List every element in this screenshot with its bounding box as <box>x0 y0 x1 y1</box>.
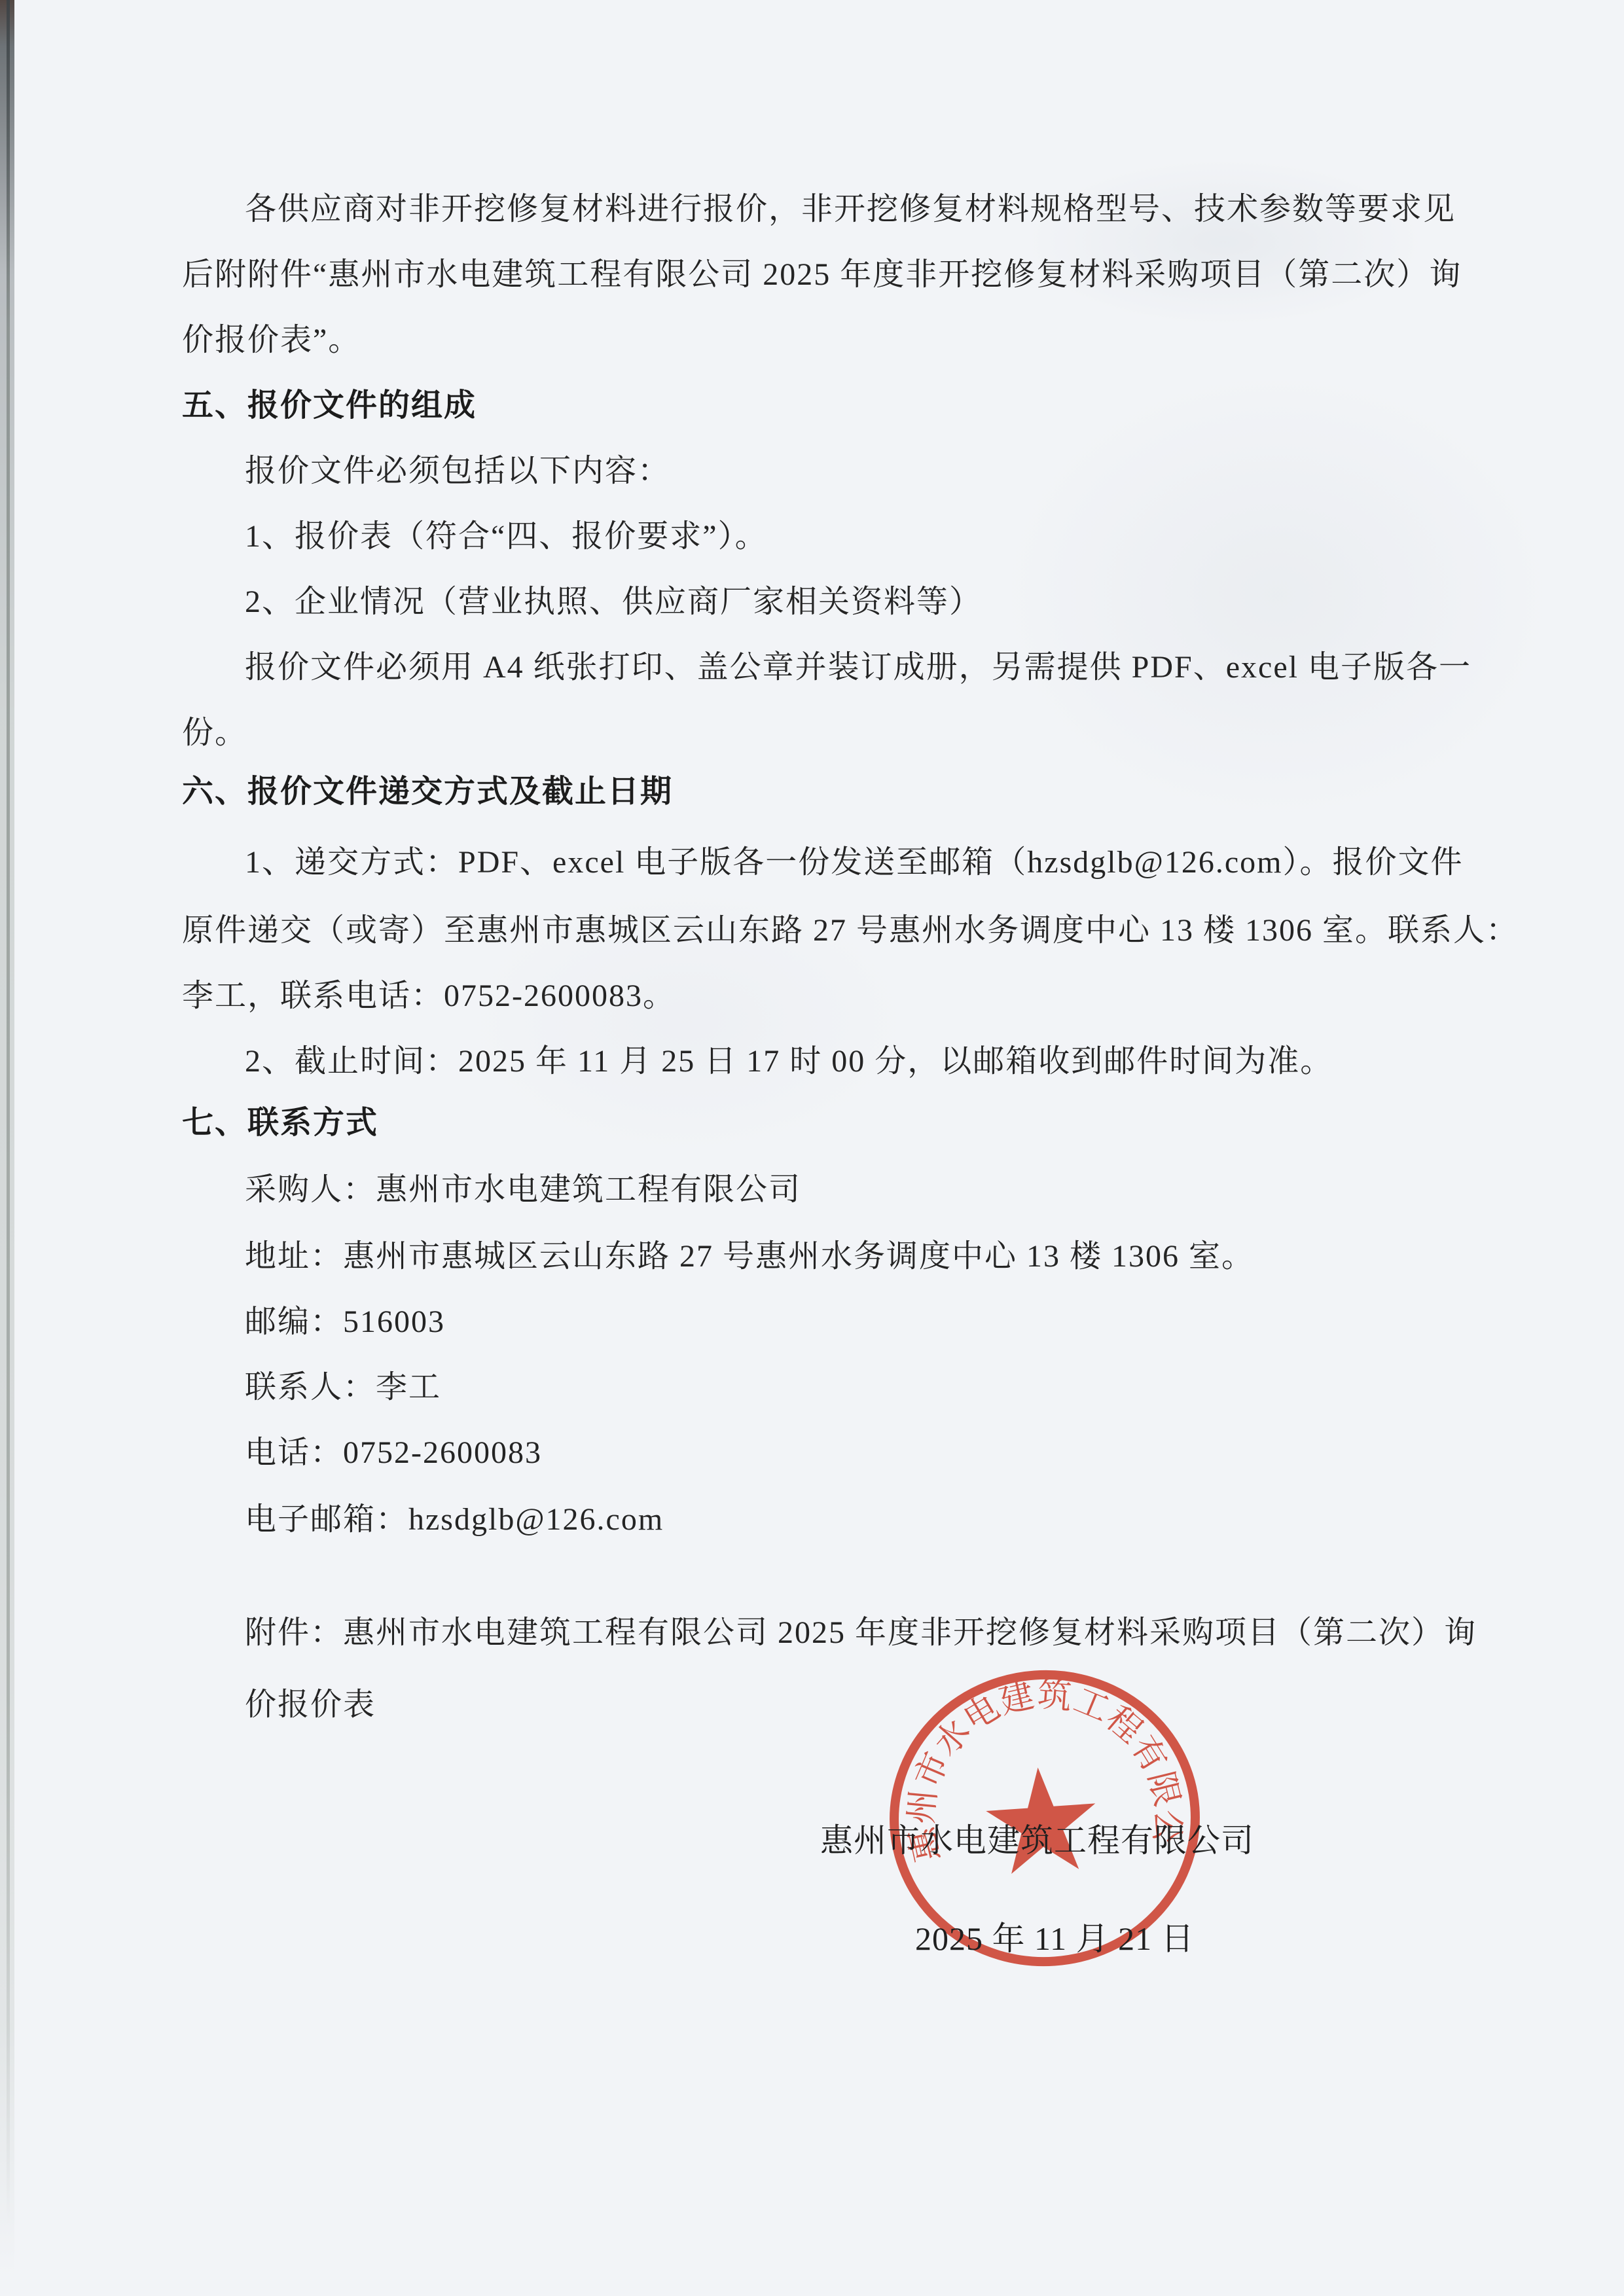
section-six-item-1-line-2: 原件递交（或寄）至惠州市惠城区云山东路 27 号惠州水务调度中心 13 楼 13… <box>182 898 1519 963</box>
address-line: 地址：惠州市惠城区云山东路 27 号惠州水务调度中心 13 楼 1306 室。 <box>245 1224 1254 1289</box>
attachment-line-1: 附件：惠州市水电建筑工程有限公司 2025 年度非开挖修复材料采购项目（第二次）… <box>245 1600 1477 1666</box>
section-five-intro: 报价文件必须包括以下内容： <box>245 439 670 504</box>
intro-line-3: 价报价表”。 <box>182 308 361 373</box>
scan-edge-line <box>7 0 10 2245</box>
signature-company: 惠州市水电建筑工程有限公司 <box>820 1808 1254 1873</box>
email-line: 电子邮箱：hzsdglb@126.com <box>245 1487 664 1552</box>
intro-line-1: 各供应商对非开挖修复材料进行报价，非开挖修复材料规格型号、技术参数等要求见 <box>245 177 1456 242</box>
scan-artifact <box>995 367 1558 825</box>
intro-line-2: 后附附件“惠州市水电建筑工程有限公司 2025 年度非开挖修复材料采购项目（第二… <box>182 242 1462 308</box>
attachment-line-2: 价报价表 <box>245 1672 376 1738</box>
postcode-line: 邮编：516003 <box>245 1289 445 1355</box>
section-five-note-line-1: 报价文件必须用 A4 纸张打印、盖公章并装订成册，另需提供 PDF、excel … <box>245 635 1471 700</box>
section-five-heading: 五、报价文件的组成 <box>182 373 477 439</box>
contact-line: 联系人：李工 <box>245 1355 441 1420</box>
section-six-heading: 六、报价文件递交方式及截止日期 <box>182 759 673 825</box>
section-six-item-2: 2、截止时间：2025 年 11 月 25 日 17 时 00 分，以邮箱收到邮… <box>245 1029 1333 1094</box>
section-five-item-2: 2、企业情况（营业执照、供应商厂家相关资料等） <box>245 569 982 635</box>
scanned-document-page: 各供应商对非开挖修复材料进行报价，非开挖修复材料规格型号、技术参数等要求见 后附… <box>0 0 1624 2296</box>
phone-line: 电话：0752-2600083 <box>245 1420 542 1486</box>
section-seven-heading: 七、联系方式 <box>182 1090 378 1156</box>
section-six-item-1-line-1: 1、递交方式：PDF、excel 电子版各一份发送至邮箱（hzsdglb@126… <box>245 830 1463 895</box>
section-five-item-1: 1、报价表（符合“四、报价要求”）。 <box>245 504 768 569</box>
section-five-note-line-2: 份。 <box>182 700 247 766</box>
section-six-item-1-line-3: 李工，联系电话：0752-2600083。 <box>182 963 676 1029</box>
buyer-line: 采购人：惠州市水电建筑工程有限公司 <box>245 1157 801 1223</box>
signature-date: 2025 年 11 月 21 日 <box>915 1906 1195 1971</box>
